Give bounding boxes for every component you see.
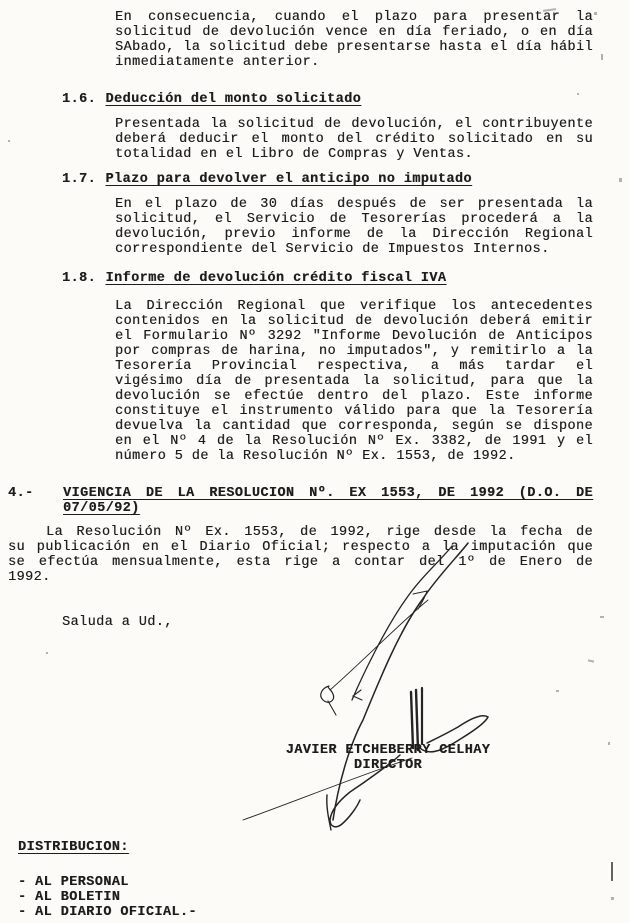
paragraph-line: inmediatamente anterior. — [115, 55, 593, 70]
paragraph-line: contenidos en la solicitud de devolución… — [115, 314, 593, 329]
section-title-line: 07/05/92) — [63, 501, 140, 516]
paragraph-line: totalidad en el Libro de Compras y Venta… — [115, 147, 593, 162]
section-body-1-8: La Dirección Regional que verifique los … — [115, 299, 593, 464]
signatory-name: JAVIER ETCHEBERRY CELHAY — [281, 743, 495, 758]
paragraph-line: SAbado, la solicitud debe presentarse ha… — [115, 40, 593, 55]
list-item: - AL BOLETIN — [18, 890, 197, 905]
paragraph-line: constituye el instrumento válido para qu… — [115, 404, 593, 419]
paragraph-line: 1992. — [8, 570, 593, 585]
section-number: 1.7. — [62, 172, 97, 187]
paragraph-line: En el plazo de 30 días después de ser pr… — [115, 197, 593, 212]
paragraph-line: número 5 de la Resolución Nº Ex. 1553, d… — [115, 449, 593, 464]
paragraph-line: Presentada la solicitud de devolución, e… — [115, 117, 593, 132]
paragraph-line: en el Nº 4 de la Resolución Nº Ex. 3382,… — [115, 434, 593, 449]
paragraph-line: En consecuencia, cuando el plazo para pr… — [115, 10, 593, 25]
scan-artifact — [577, 93, 579, 95]
paragraph-line: se efectúa mensualmente, esta rige a con… — [8, 555, 593, 570]
list-item: - AL DIARIO OFICIAL.- — [18, 905, 197, 920]
section-heading-4: VIGENCIA DE LA RESOLUCION Nº. EX 1553, D… — [63, 486, 593, 516]
section-heading-1-8: 1.8. Informe de devolución crédito fisca… — [62, 271, 446, 286]
intro-paragraph: En consecuencia, cuando el plazo para pr… — [115, 10, 593, 70]
paragraph-line: La Dirección Regional que verifique los … — [115, 299, 593, 314]
scan-artifact — [46, 652, 48, 654]
section-body-1-7: En el plazo de 30 días después de ser pr… — [115, 197, 593, 257]
paragraph-line: solicitud, el Servicio de Tesorerías pro… — [115, 212, 593, 227]
section-title-line: VIGENCIA DE LA RESOLUCION Nº. EX 1553, D… — [63, 486, 593, 501]
paragraph-line: solicitud de devolución vence en día fer… — [115, 25, 593, 40]
section-title: Plazo para devolver el anticipo no imput… — [106, 172, 472, 187]
section-title: Informe de devolución crédito fiscal IVA — [106, 271, 447, 286]
closing-salutation: Saluda a Ud., — [62, 615, 173, 630]
scan-artifact — [594, 12, 597, 15]
heading-gap — [97, 172, 106, 187]
signatory-block: JAVIER ETCHEBERRY CELHAY DIRECTOR — [281, 743, 495, 773]
paragraph-line: devolución se efectúe dentro del plazo. … — [115, 389, 593, 404]
paragraph-line: Tesorería Provincial respectiva, a más t… — [115, 359, 593, 374]
scan-artifact — [600, 616, 604, 618]
scan-artifact — [601, 54, 603, 60]
section-number: 1.8. — [62, 271, 97, 286]
distribution-heading: DISTRIBUCION: — [18, 840, 129, 855]
paragraph-line: vigésimo día de presentada la solicitud,… — [115, 374, 593, 389]
section-heading-1-6: 1.6. Deducción del monto solicitado — [62, 92, 361, 107]
paragraph-line: el Formulario Nº 3292 "Informe Devolució… — [115, 329, 593, 344]
paragraph-line: La Resolución Nº Ex. 1553, de 1992, rige… — [8, 525, 593, 540]
heading-gap — [97, 92, 106, 107]
section-title: Deducción del monto solicitado — [106, 92, 362, 107]
handwritten-signature — [228, 536, 518, 866]
paragraph-line: devolución, previo informe de la Direcci… — [115, 227, 593, 242]
section-number: 4.- — [8, 486, 34, 501]
list-item: - AL PERSONAL — [18, 875, 197, 890]
paragraph-line: deberá deducir el monto del crédito soli… — [115, 132, 593, 147]
paragraph-line: devuelva la cantidad que corresponda, se… — [115, 419, 593, 434]
paragraph-line: su publicación en el Diario Oficial; res… — [8, 540, 593, 555]
signatory-title: DIRECTOR — [281, 758, 495, 773]
heading-gap — [97, 271, 106, 286]
section-number: 1.6. — [62, 92, 97, 107]
scan-artifact — [611, 897, 614, 900]
scan-artifact — [8, 140, 10, 142]
scan-artifact — [619, 178, 622, 182]
distribution-list: - AL PERSONAL - AL BOLETIN - AL DIARIO O… — [18, 875, 197, 920]
scan-artifact — [588, 659, 594, 662]
paragraph-line: correspondiente del Servicio de Impuesto… — [115, 242, 593, 257]
scan-artifact — [556, 690, 559, 692]
section-body-1-6: Presentada la solicitud de devolución, e… — [115, 117, 593, 162]
section-heading-1-7: 1.7. Plazo para devolver el anticipo no … — [62, 172, 472, 187]
scan-artifact — [608, 742, 610, 745]
section-body-4: La Resolución Nº Ex. 1553, de 1992, rige… — [8, 525, 593, 585]
document-page: En consecuencia, cuando el plazo para pr… — [0, 0, 629, 923]
scan-artifact — [611, 862, 613, 881]
paragraph-line: por compras de harina, no imputados", y … — [115, 344, 593, 359]
